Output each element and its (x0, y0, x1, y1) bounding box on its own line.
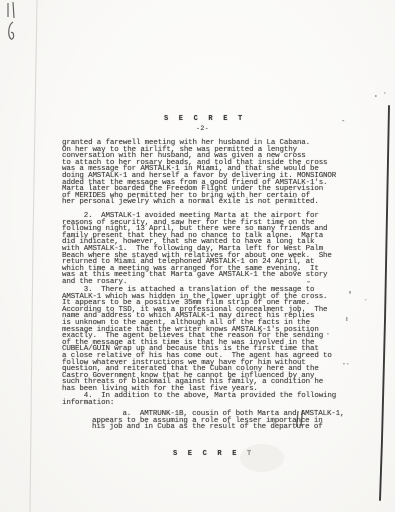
classification-footer: S E C R E T (173, 450, 254, 458)
paragraph-4a: a. AMTRUNK-1B, cousin of both Marta and … (92, 411, 344, 431)
fold-line (30, 0, 37, 512)
page-number: -2- (196, 125, 209, 132)
paragraph-2: 2. AMSTALK-1 avoided meeting Marta at th… (62, 213, 332, 286)
paragraph-3: 3. There is attached a translation of th… (62, 287, 332, 393)
paragraph-1: granted a farewell meeting with her husb… (62, 140, 336, 206)
scanned-document-page: S E C R E T -2- granted a farewell meeti… (0, 0, 395, 512)
pen-mark-icon (8, 2, 14, 39)
scan-smudge (240, 444, 284, 472)
classification-header: S E C R E T (164, 115, 245, 123)
page-edge-line (380, 106, 389, 500)
paragraph-4: 4. In addition to the above, Marta provi… (62, 393, 336, 406)
